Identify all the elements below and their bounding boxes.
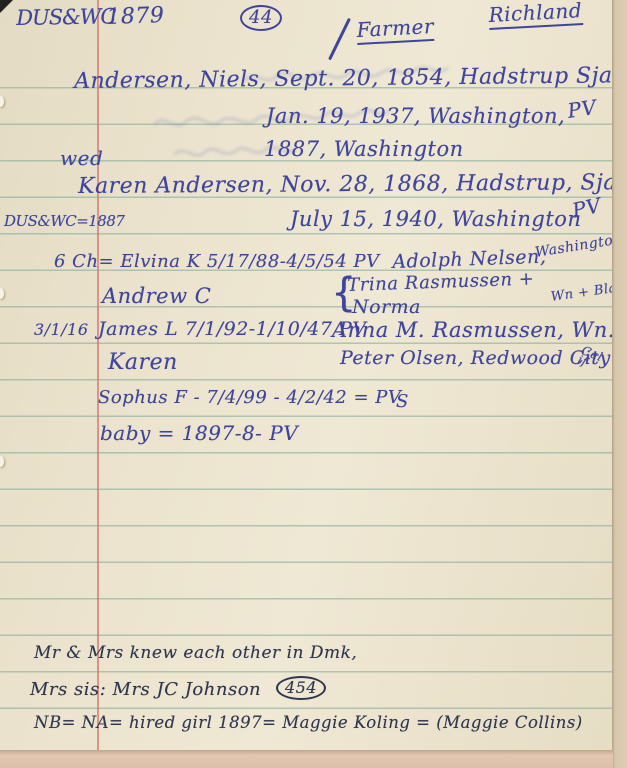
archive-code: DUS&WC (16, 4, 116, 30)
wife-name-birth: Karen Andersen, Nov. 28, 1868, Hadstrup,… (78, 170, 627, 199)
child4-name: Karen (108, 350, 178, 375)
child2-name: Andrew C (102, 284, 211, 308)
occupation-label: Farmer (356, 14, 435, 42)
wed-label: wed (60, 146, 103, 170)
husband-death: Jan. 19, 1937, Washington, (266, 104, 565, 128)
child4-spouse: Peter Olsen, Redwood City (340, 347, 611, 369)
child5-name-dates: Sophus F - 7/4/99 - 4/2/42 = PV (98, 387, 401, 408)
archive-year: 1879 (106, 3, 165, 30)
wed-info: 1887, Washington (264, 137, 464, 161)
child2-spouse2: Norma (352, 296, 421, 318)
scan-corner-shadow (0, 0, 13, 13)
husband-death-mark: PV (566, 95, 598, 123)
page-number-badge: 44 (240, 5, 282, 31)
scanned-ledger-page: DUS&WC 1879 44 Farmer Richland Andersen,… (0, 0, 627, 768)
child6-name-dates: baby = 1897-8- PV (100, 421, 298, 445)
child1-name-dates: 6 Ch= Elvina K 5/17/88-4/5/54 PV (54, 251, 380, 272)
child3-spouse: Anna M. Rasmussen, Wn. (332, 318, 615, 342)
wife-death: July 15, 1940, Washington (290, 207, 581, 231)
locality-label: Richland (488, 0, 583, 27)
child3-name-dates: James L 7/1/92-1/10/47 PV (98, 318, 367, 340)
red-margin-line (97, 0, 99, 750)
note-hired-girl: NB= NA= hired girl 1897= Maggie Koling =… (34, 713, 583, 732)
page-number: 44 (240, 5, 282, 31)
note-sister: Mrs sis: Mrs JC Johnson (30, 679, 261, 700)
cross-reference-number: 454 (276, 676, 326, 700)
child3-margin-date: 3/1/16 (34, 320, 89, 339)
page-right-edge (612, 0, 627, 768)
wife-margin-code: DUS&WC=1887 (4, 212, 124, 230)
page-bottom-edge (0, 750, 613, 768)
child5-status: S (396, 391, 409, 412)
note-acquaintance: Mr & Mrs knew each other in Dmk, (34, 643, 357, 663)
note-sister-ref-badge: 454 (276, 676, 326, 700)
